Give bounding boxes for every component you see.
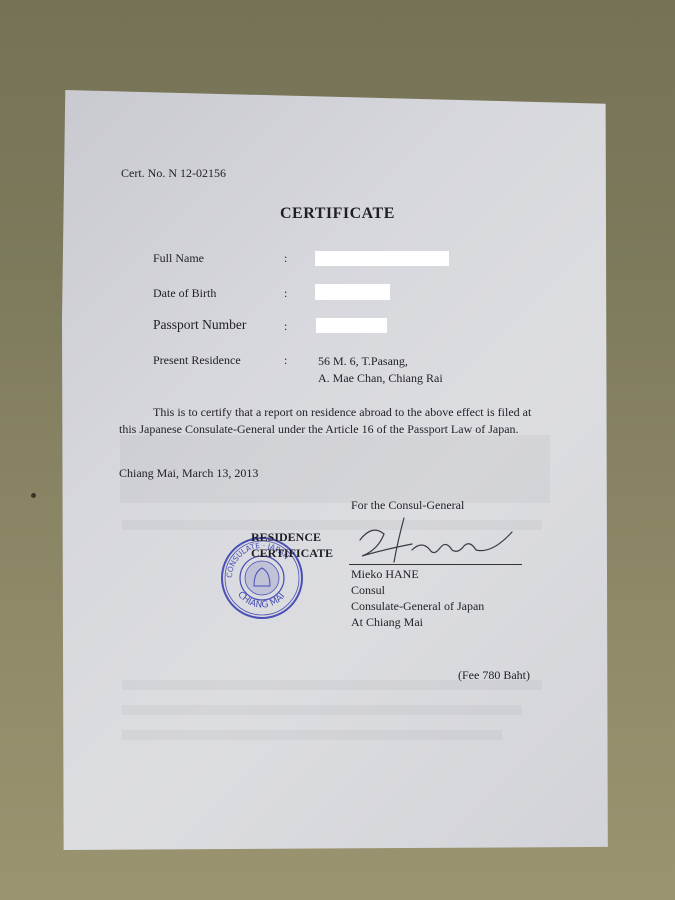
fee-note: (Fee 780 Baht) <box>458 668 530 683</box>
full-name-label: Full Name <box>153 251 204 266</box>
passport-number-label: Passport Number <box>153 317 246 333</box>
signer-location: At Chiang Mai <box>351 614 484 630</box>
place-and-date: Chiang Mai, March 13, 2013 <box>119 466 258 481</box>
full-name-redaction <box>315 251 449 266</box>
stamp-label-line-1: RESIDENCE <box>251 529 333 545</box>
residence-address-line-1: 56 M. 6, T.Pasang, <box>318 353 408 370</box>
certification-statement: This is to certify that a report on resi… <box>119 404 579 438</box>
date-of-birth-label: Date of Birth <box>153 286 216 301</box>
statement-line-2: this Japanese Consulate-General under th… <box>119 421 579 438</box>
bleed-through-line <box>122 705 522 715</box>
colon-separator: : <box>284 251 287 266</box>
colon-separator: : <box>284 286 287 301</box>
signer-name: Mieko HANE <box>351 566 484 582</box>
certificate-number: Cert. No. N 12-02156 <box>121 166 226 181</box>
date-of-birth-redaction <box>315 284 390 300</box>
wall-hole <box>31 493 36 498</box>
residence-certificate-label: RESIDENCE CERTIFICATE <box>251 529 333 561</box>
handwritten-signature-icon <box>352 510 522 566</box>
stamp-label-line-2: CERTIFICATE <box>251 545 333 561</box>
bleed-through-line <box>122 730 502 740</box>
colon-separator: : <box>284 353 287 368</box>
signer-title: Consul <box>351 582 484 598</box>
certificate-paper: Cert. No. N 12-02156 CERTIFICATE Full Na… <box>62 90 610 853</box>
signer-organization: Consulate-General of Japan <box>351 598 484 614</box>
signer-block: Mieko HANE Consul Consulate-General of J… <box>351 566 484 630</box>
colon-separator: : <box>284 319 287 334</box>
passport-number-redaction <box>316 318 387 333</box>
present-residence-label: Present Residence <box>153 353 241 368</box>
statement-line-1: This is to certify that a report on resi… <box>119 404 579 421</box>
document-title: CERTIFICATE <box>280 205 395 223</box>
signature-line <box>349 564 522 565</box>
residence-address-line-2: A. Mae Chan, Chiang Rai <box>318 370 443 387</box>
